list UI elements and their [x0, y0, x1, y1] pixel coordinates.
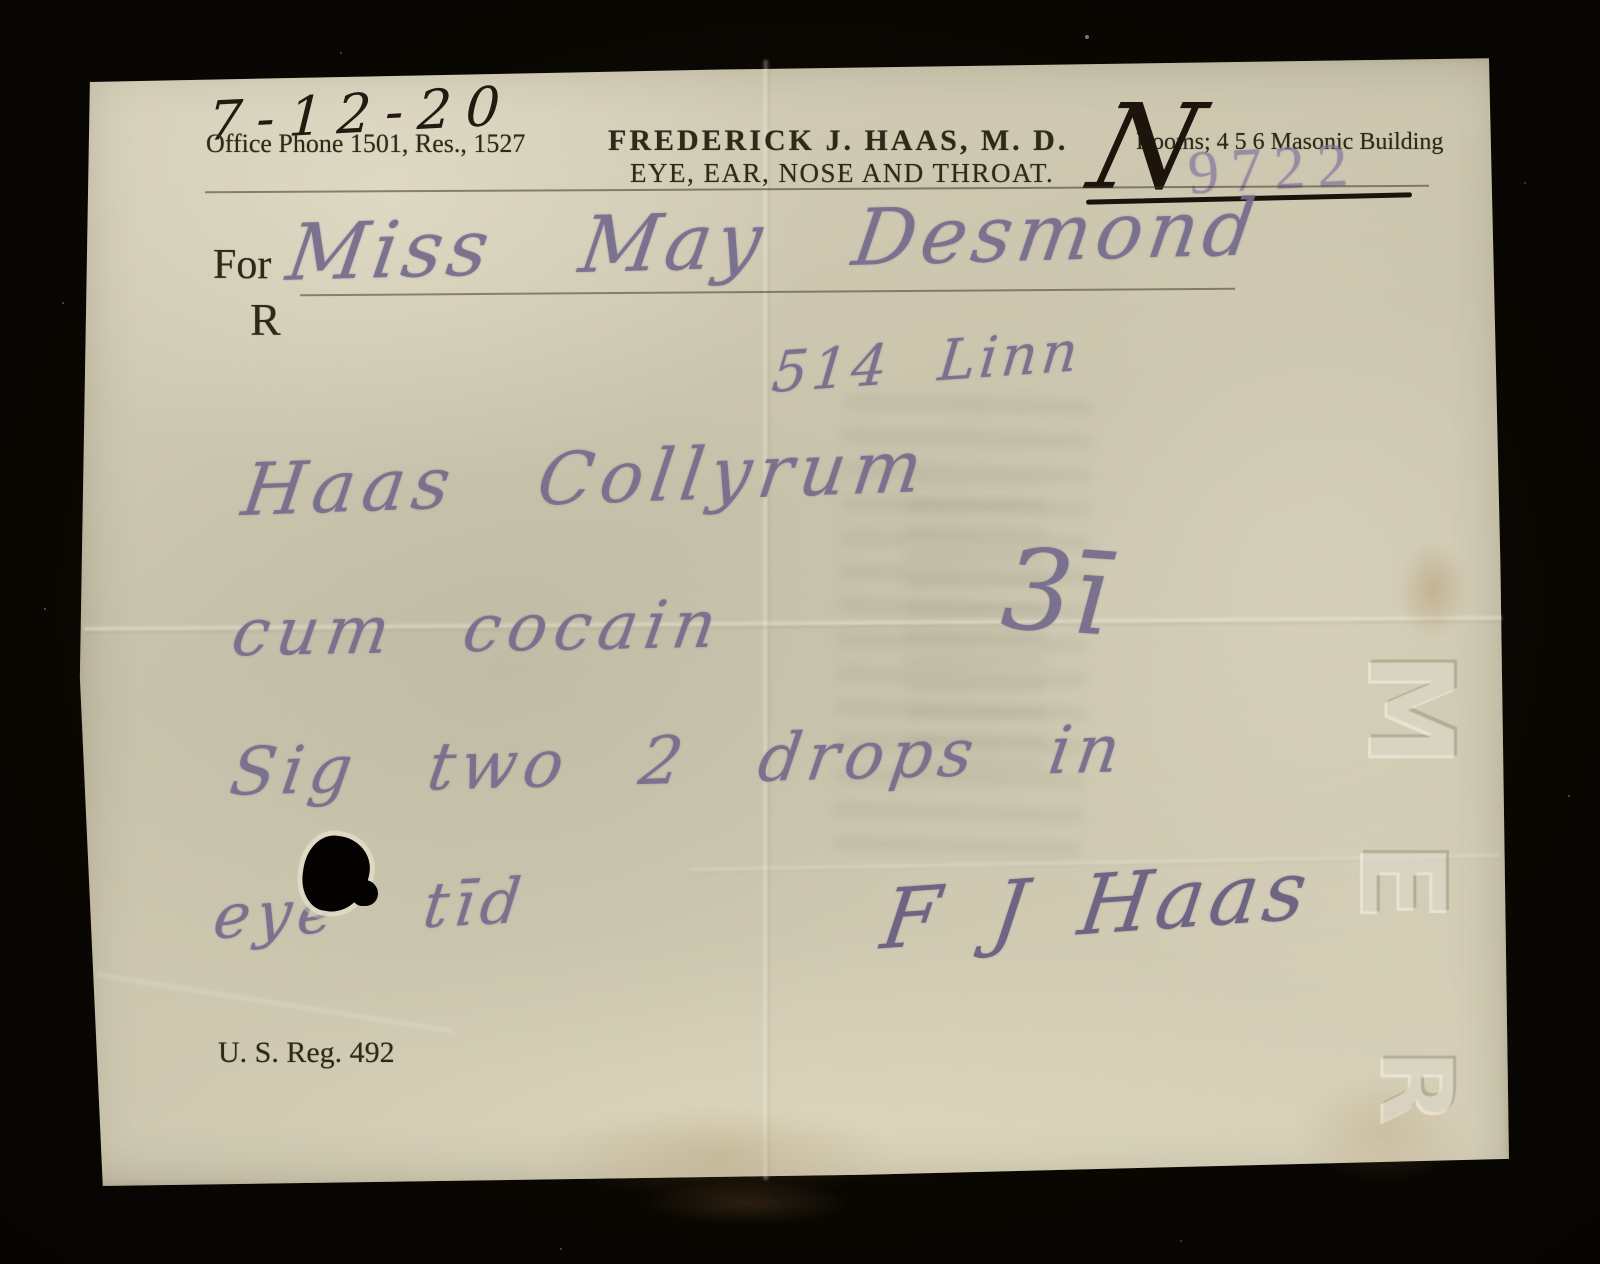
paper-stain	[1398, 540, 1468, 640]
dust-speckles	[0, 0, 2, 2]
paper-stain	[640, 1180, 850, 1225]
rx-quantity-dram: 3ī	[998, 524, 1114, 661]
embossed-watermark-letter: E	[1333, 841, 1471, 922]
for-label: For	[213, 241, 271, 289]
paper-hole	[352, 880, 378, 906]
doctor-name: FREDERICK J. HAAS, M. D.	[608, 124, 1068, 158]
embossed-watermark-letter: M	[1342, 650, 1480, 767]
office-phone-text: Office Phone 1501, Res., 1527	[206, 129, 525, 159]
embossed-watermark-letter: R	[1358, 1048, 1475, 1125]
registration-text: U. S. Reg. 492	[218, 1036, 395, 1070]
photo-background: M E R 7-12-20 Office Phone 1501, Res., 1…	[0, 0, 1600, 1264]
specialty-text: EYE, EAR, NOSE AND THROAT.	[630, 158, 1054, 189]
rx-symbol: R	[250, 293, 281, 346]
rx-line-2: cum cocain	[227, 586, 729, 672]
